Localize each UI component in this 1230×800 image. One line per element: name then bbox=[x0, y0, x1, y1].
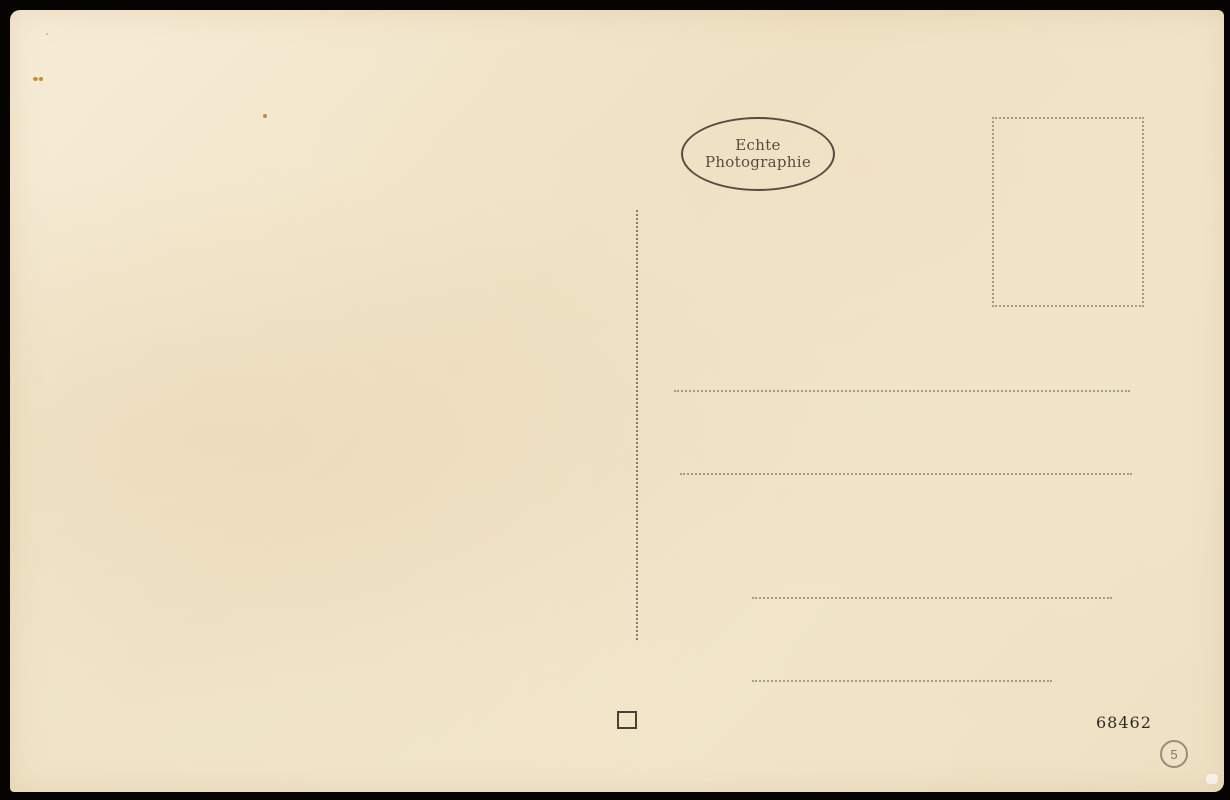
address-line-4 bbox=[752, 680, 1052, 682]
address-line-2 bbox=[680, 473, 1132, 475]
address-line-1 bbox=[674, 390, 1130, 392]
postcard-back: Echte Photographie 68462 5 bbox=[10, 10, 1224, 792]
serial-number: 68462 bbox=[1096, 713, 1152, 732]
publisher-logo-icon bbox=[617, 711, 637, 729]
stamp-line-1: Echte bbox=[735, 137, 780, 154]
foxing-spot bbox=[39, 77, 43, 81]
foxing-spot bbox=[263, 114, 267, 118]
address-line-3 bbox=[752, 597, 1112, 599]
message-address-divider bbox=[636, 210, 638, 640]
stamp-line-2: Photographie bbox=[705, 154, 811, 171]
foxing-spot bbox=[46, 33, 48, 35]
echte-photographie-stamp: Echte Photographie bbox=[681, 117, 835, 191]
corner-wear bbox=[1206, 774, 1218, 784]
postage-stamp-placeholder bbox=[992, 117, 1144, 307]
foxing-spot bbox=[33, 77, 38, 81]
pencil-mark-value: 5 bbox=[1170, 747, 1177, 762]
pencil-circle-mark: 5 bbox=[1160, 740, 1188, 768]
